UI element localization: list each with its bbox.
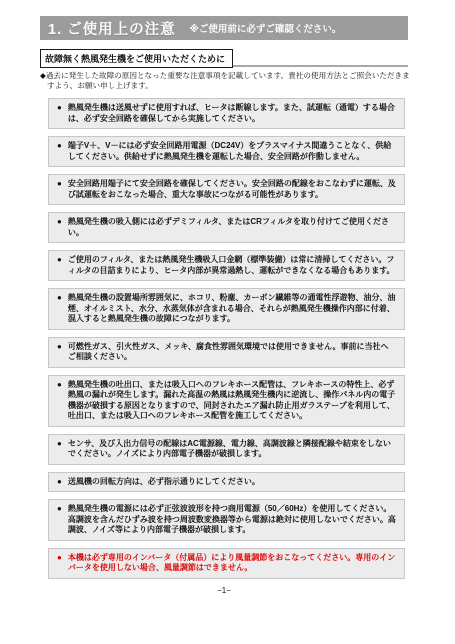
bullet-icon: ●: [57, 255, 62, 276]
bullet-icon: ●: [57, 504, 62, 536]
notice-text: 熱風発生機の吐出口、または吸入口へのフレキホース配管は、フレキホースの特性上、必…: [68, 380, 396, 422]
bullet-icon: ●: [57, 553, 62, 574]
manual-page: 1. ご使用上の注意 ※ご使用前に必ずご確認ください。 故障無く熱風発生機をご使…: [0, 0, 455, 644]
bullet-icon: ●: [57, 477, 62, 488]
notice-text: 可燃性ガス、引火性ガス、メッキ、腐食性雰囲気環境では使用できません。事前に当社へ…: [68, 342, 396, 363]
notice-item: ● 安全回路用端子にて安全回路を確保してください。安全回路の配線をおこなわずに運…: [48, 174, 405, 205]
bullet-icon: ●: [57, 293, 62, 325]
notice-item-warning: ● 本機は必ず専用のインバータ（付属品）により風量調節をおこなってください。専用…: [48, 548, 405, 579]
notice-text: 本機は必ず専用のインバータ（付属品）により風量調節をおこなってください。専用のイ…: [68, 553, 396, 574]
notice-item: ● 送風機の回転方向は、必ず指示通りにしてください。: [48, 472, 405, 493]
notice-item: ● ご使用のフィルタ、または熱風発生機吸入口金網（標準装備）は常に清掃してくださ…: [48, 250, 405, 281]
notice-text: 熱風発生機の電源には必ず正弦波波形を持つ商用電源（50／60Hz）を使用してくだ…: [68, 504, 396, 536]
page-title: 1. ご使用上の注意: [48, 18, 176, 39]
notice-text: ご使用のフィルタ、または熱風発生機吸入口金網（標準装備）は常に清掃してください。…: [68, 255, 396, 276]
notice-item: ● 熱風発生機は送風せずに使用すれば、ヒータは断線します。また、試運転（通電）す…: [48, 98, 405, 129]
notice-text: 送風機の回転方向は、必ず指示通りにしてください。: [68, 477, 396, 488]
section-header-bar: 1. ご使用上の注意 ※ご使用前に必ずご確認ください。: [40, 16, 408, 40]
notice-item: ● 端子V＋、V－には必ず安全回路用電源（DC24V）をプラスマイナス間違うこと…: [48, 136, 405, 167]
notice-text: 安全回路用端子にて安全回路を確保してください。安全回路の配線をおこなわずに運転、…: [68, 179, 396, 200]
notice-item: ● 可燃性ガス、引火性ガス、メッキ、腐食性雰囲気環境では使用できません。事前に当…: [48, 337, 405, 368]
bullet-icon: ●: [57, 342, 62, 363]
notice-list: ● 熱風発生機は送風せずに使用すれば、ヒータは断線します。また、試運転（通電）す…: [48, 98, 405, 579]
subsection-heading: 故障無く熱風発生機をご使用いただくために: [40, 49, 233, 68]
bullet-icon: ●: [57, 103, 62, 124]
bullet-icon: ●: [57, 179, 62, 200]
notice-item: ● 熱風発生機の吐出口、または吸入口へのフレキホース配管は、フレキホースの特性上…: [48, 375, 405, 427]
bullet-icon: ●: [57, 217, 62, 238]
bullet-icon: ●: [57, 439, 62, 460]
notice-item: ● 熱風発生機の電源には必ず正弦波波形を持つ商用電源（50／60Hz）を使用して…: [48, 499, 405, 541]
notice-text: センサ、及び入出力信号の配線はAC電源線、電力線、高調波線と隣接配線や結束をしな…: [68, 439, 396, 460]
notice-text: 熱風発生機の設置場所雰囲気に、ホコリ、粉塵、カーボン繊維等の通電性浮遊物、油分、…: [68, 293, 396, 325]
bullet-icon: ●: [57, 380, 62, 422]
notice-text: 熱風発生機は送風せずに使用すれば、ヒータは断線します。また、試運転（通電）する場…: [68, 103, 396, 124]
page-number: −1−: [40, 586, 408, 595]
notice-item: ● 熱風発生機の吸入側には必ずデミフィルタ、またはCRフィルタを取り付けてご使用…: [48, 212, 405, 243]
bullet-icon: ●: [57, 141, 62, 162]
heading-rule: [233, 65, 408, 67]
header-note: ※ご使用前に必ずご確認ください。: [190, 21, 342, 35]
intro-text: ◆過去に発生した故障の原因となった重要な注意事項を記載しています。貴社の使用方法…: [40, 71, 412, 91]
notice-item: ● センサ、及び入出力信号の配線はAC電源線、電力線、高調波線と隣接配線や結束を…: [48, 434, 405, 465]
notice-text: 熱風発生機の吸入側には必ずデミフィルタ、またはCRフィルタを取り付けてご使用くだ…: [68, 217, 396, 238]
notice-text: 端子V＋、V－には必ず安全回路用電源（DC24V）をプラスマイナス間違うことなく…: [68, 141, 396, 162]
notice-item: ● 熱風発生機の設置場所雰囲気に、ホコリ、粉塵、カーボン繊維等の通電性浮遊物、油…: [48, 288, 405, 330]
subsection-heading-row: 故障無く熱風発生機をご使用いただくために: [40, 49, 408, 68]
